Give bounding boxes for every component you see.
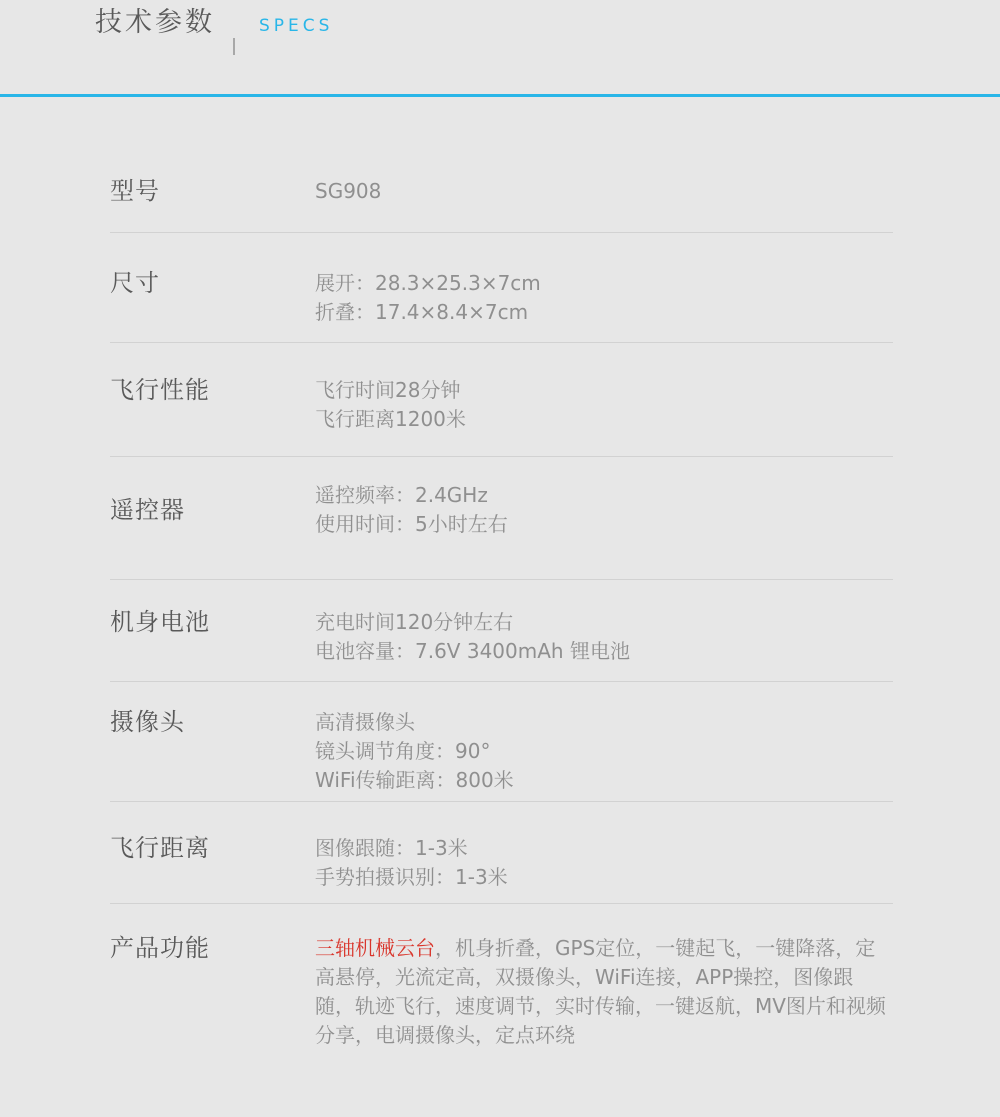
specs-table: 型号 SG908 尺寸 展开：28.3×25.3×7cm 折叠：17.4×8.4… xyxy=(110,97,893,1090)
spec-value-line: 手势拍摄识别：1-3米 xyxy=(315,863,893,892)
spec-value-line: 图像跟随：1-3米 xyxy=(315,834,893,863)
spec-row-remote-controller: 遥控器 遥控频率：2.4GHz 使用时间：5小时左右 xyxy=(110,457,893,580)
header-divider-bar xyxy=(233,38,235,55)
spec-value: 三轴机械云台，机身折叠，GPS定位，一键起飞，一键降落，定高悬停，光流定高，双摄… xyxy=(315,934,893,1050)
spec-value-line: 展开：28.3×25.3×7cm xyxy=(315,269,893,298)
spec-value-line: 折叠：17.4×8.4×7cm xyxy=(315,298,893,327)
spec-value: 图像跟随：1-3米 手势拍摄识别：1-3米 xyxy=(315,834,893,892)
spec-value: 充电时间120分钟左右 电池容量：7.6V 3400mAh 锂电池 xyxy=(315,608,893,666)
spec-row-model: 型号 SG908 xyxy=(110,97,893,233)
spec-row-dimensions: 尺寸 展开：28.3×25.3×7cm 折叠：17.4×8.4×7cm xyxy=(110,233,893,343)
spec-label: 尺寸 xyxy=(110,269,315,298)
spec-value: 遥控频率：2.4GHz 使用时间：5小时左右 xyxy=(315,481,893,539)
feature-highlight: 三轴机械云台 xyxy=(315,936,435,960)
spec-row-flight-performance: 飞行性能 飞行时间28分钟 飞行距离1200米 xyxy=(110,343,893,457)
spec-row-features: 产品功能 三轴机械云台，机身折叠，GPS定位，一键起飞，一键降落，定高悬停，光流… xyxy=(110,904,893,1090)
specs-section: 技术参数 SPECS 型号 SG908 尺寸 展开：28.3×25.3×7cm … xyxy=(0,0,1000,1090)
section-title: 技术参数 xyxy=(95,0,215,39)
spec-label: 型号 xyxy=(110,177,315,206)
spec-row-camera: 摄像头 高清摄像头 镜头调节角度：90° WiFi传输距离：800米 xyxy=(110,682,893,802)
spec-value-line: 高清摄像头 xyxy=(315,708,893,737)
spec-value-line: 飞行距离1200米 xyxy=(315,405,893,434)
spec-value: 飞行时间28分钟 飞行距离1200米 xyxy=(315,376,893,434)
section-subtitle: SPECS xyxy=(259,16,333,36)
spec-value: SG908 xyxy=(315,177,893,206)
spec-value-line: WiFi传输距离：800米 xyxy=(315,766,893,795)
spec-value-line: 使用时间：5小时左右 xyxy=(315,510,893,539)
spec-label: 机身电池 xyxy=(110,608,315,637)
spec-label: 摄像头 xyxy=(110,708,315,737)
spec-label: 产品功能 xyxy=(110,934,315,963)
section-header: 技术参数 SPECS xyxy=(0,0,1000,97)
spec-label: 飞行距离 xyxy=(110,834,315,863)
spec-label: 遥控器 xyxy=(110,496,315,525)
spec-value: 高清摄像头 镜头调节角度：90° WiFi传输距离：800米 xyxy=(315,708,893,795)
spec-value: 展开：28.3×25.3×7cm 折叠：17.4×8.4×7cm xyxy=(315,269,893,327)
spec-value-line: 飞行时间28分钟 xyxy=(315,376,893,405)
spec-value-line: 电池容量：7.6V 3400mAh 锂电池 xyxy=(315,637,893,666)
spec-value-line: SG908 xyxy=(315,177,893,206)
spec-value-line: 遥控频率：2.4GHz xyxy=(315,481,893,510)
spec-label: 飞行性能 xyxy=(110,376,315,405)
spec-value-line: 镜头调节角度：90° xyxy=(315,737,893,766)
spec-value-line: 充电时间120分钟左右 xyxy=(315,608,893,637)
spec-row-battery: 机身电池 充电时间120分钟左右 电池容量：7.6V 3400mAh 锂电池 xyxy=(110,580,893,682)
spec-row-flight-distance: 飞行距离 图像跟随：1-3米 手势拍摄识别：1-3米 xyxy=(110,802,893,904)
